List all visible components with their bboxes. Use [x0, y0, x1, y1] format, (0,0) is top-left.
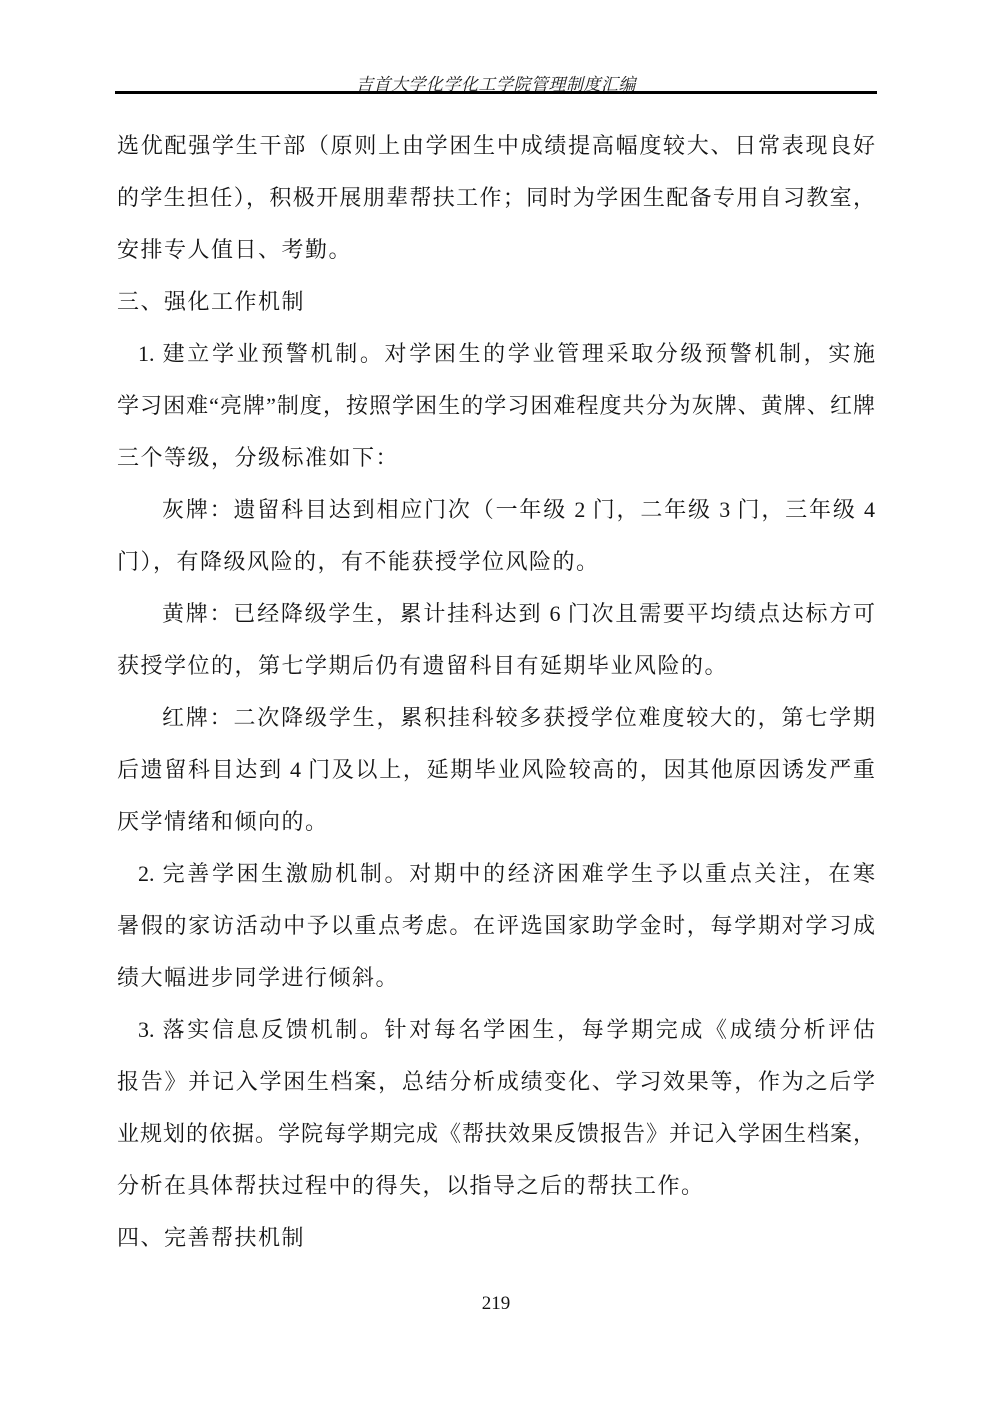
text-line: 后遗留科目达到 4 门及以上，延期毕业风险较高的，因其他原因诱发严重 [117, 744, 875, 796]
page-number: 219 [0, 1293, 992, 1315]
text-line: 分析在具体帮扶过程中的得失，以指导之后的帮扶工作。 [117, 1160, 875, 1212]
document-page: 吉首大学化学化工学院管理制度汇编 选优配强学生干部（原则上由学困生中成绩提高幅度… [0, 0, 992, 1403]
text-line: 厌学情绪和倾向的。 [117, 796, 875, 848]
text-line: 业规划的依据。学院每学期完成《帮扶效果反馈报告》并记入学困生档案， [117, 1108, 875, 1160]
text-line: 三个等级，分级标准如下： [117, 432, 875, 484]
document-body: 选优配强学生干部（原则上由学困生中成绩提高幅度较大、日常表现良好 的学生担任），… [117, 120, 875, 1264]
text-line: 学习困难“亮牌”制度，按照学困生的学习困难程度共分为灰牌、黄牌、红牌 [117, 380, 875, 432]
text-line: 的学生担任），积极开展朋辈帮扶工作；同时为学困生配备专用自习教室， [117, 172, 875, 224]
text-line: 安排专人值日、考勤。 [117, 224, 875, 276]
text-line: 1. 建立学业预警机制。对学困生的学业管理采取分级预警机制，实施 [117, 328, 875, 380]
section-heading: 四、完善帮扶机制 [117, 1212, 875, 1264]
text-line: 报告》并记入学困生档案，总结分析成绩变化、学习效果等，作为之后学 [117, 1056, 875, 1108]
section-heading: 三、强化工作机制 [117, 276, 875, 328]
text-line: 暑假的家访活动中予以重点考虑。在评选国家助学金时，每学期对学习成 [117, 900, 875, 952]
text-line: 灰牌：遗留科目达到相应门次（一年级 2 门，二年级 3 门，三年级 4 [117, 484, 875, 536]
text-line: 2. 完善学困生激励机制。对期中的经济困难学生予以重点关注，在寒 [117, 848, 875, 900]
text-line: 门），有降级风险的，有不能获授学位风险的。 [117, 536, 875, 588]
text-line: 3. 落实信息反馈机制。针对每名学困生，每学期完成《成绩分析评估 [117, 1004, 875, 1056]
text-line: 选优配强学生干部（原则上由学困生中成绩提高幅度较大、日常表现良好 [117, 120, 875, 172]
text-line: 获授学位的，第七学期后仍有遗留科目有延期毕业风险的。 [117, 640, 875, 692]
text-line: 绩大幅进步同学进行倾斜。 [117, 952, 875, 1004]
text-line: 黄牌：已经降级学生，累计挂科达到 6 门次且需要平均绩点达标方可 [117, 588, 875, 640]
header-rule-divider [115, 91, 877, 94]
text-line: 红牌：二次降级学生，累积挂科较多获授学位难度较大的，第七学期 [117, 692, 875, 744]
